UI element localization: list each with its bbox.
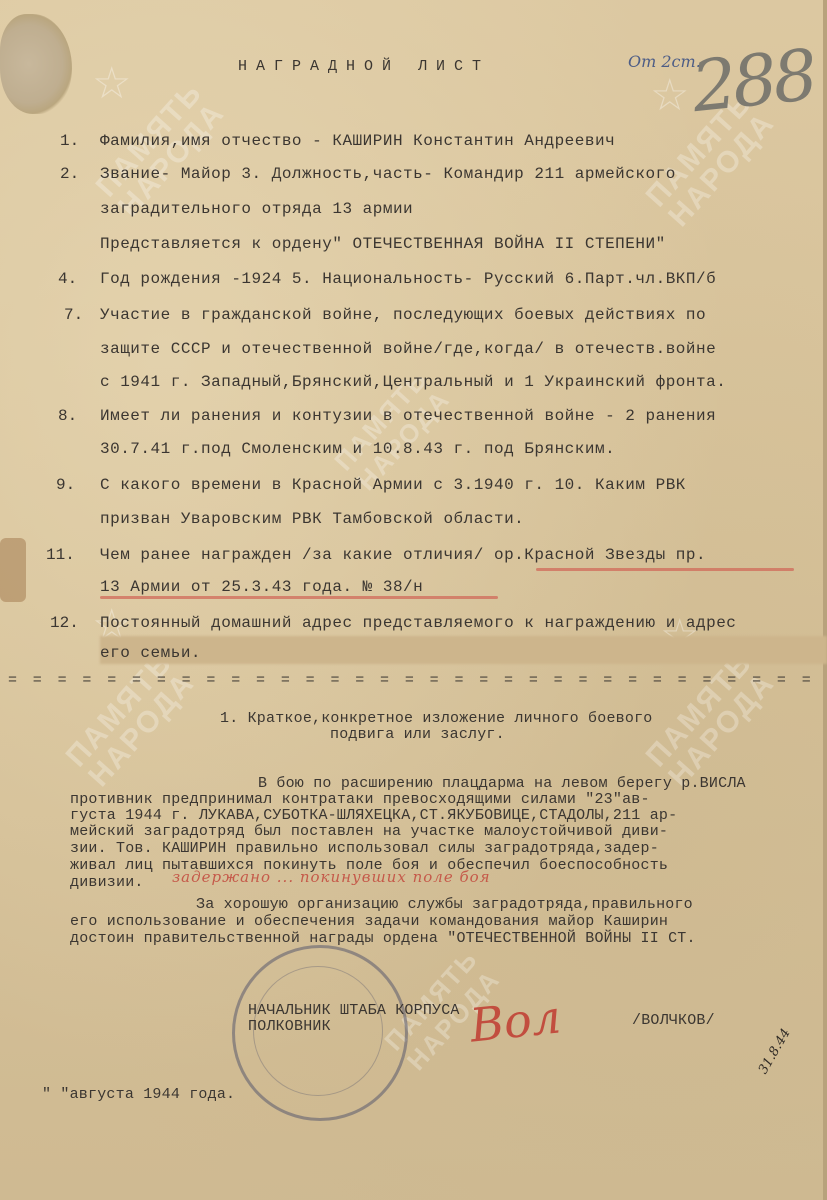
signatory-title: НАЧАЛЬНИК ШТАБА КОРПУСА bbox=[248, 1002, 460, 1019]
field-previous-awards: Чем ранее награжден /за какие отличия/ о… bbox=[100, 546, 706, 564]
conclusion-line: достоин правительственной награды ордена… bbox=[70, 930, 696, 947]
section-heading-cont: подвига или заслуг. bbox=[330, 726, 505, 743]
field-home-address: Постоянный домашний адрес представляемог… bbox=[100, 614, 736, 632]
field-rank-position: Звание- Майор 3. Должность,часть- Команд… bbox=[100, 165, 676, 183]
field-number: 8. bbox=[58, 407, 77, 425]
separator: = = = = = = = = = = = = = = = = = = = = … bbox=[8, 672, 827, 689]
narrative-line: дивизии. bbox=[70, 874, 144, 891]
document-title: НАГРАДНОЙ ЛИСТ bbox=[238, 58, 490, 75]
edge-stain bbox=[0, 538, 26, 602]
field-birth-nationality-party: Год рождения -1924 5. Национальность- Ру… bbox=[100, 270, 716, 288]
conclusion-line: его использование и обеспечения задачи к… bbox=[70, 913, 668, 930]
field-number: 12. bbox=[50, 614, 79, 632]
field-number: 4. bbox=[58, 270, 77, 288]
pencil-number: 288 bbox=[688, 34, 818, 128]
field-unit: заградительного отряда 13 армии bbox=[100, 200, 413, 218]
field-number: 2. bbox=[60, 165, 79, 183]
red-underline bbox=[100, 596, 498, 599]
date-line: " "августа 1944 года. bbox=[42, 1086, 235, 1103]
conclusion-line: За хорошую организацию службы заградотря… bbox=[196, 896, 693, 913]
redacted-address bbox=[100, 636, 827, 664]
field-participation: Участие в гражданской войне, последующих… bbox=[100, 306, 706, 324]
narrative-line: мейский заградотряд был поставлен на уча… bbox=[70, 823, 668, 840]
narrative-line: противник предпринимал контратаки превос… bbox=[70, 791, 650, 808]
signatory-name: /ВОЛЧКОВ/ bbox=[632, 1012, 715, 1029]
narrative-line: густа 1944 г. ЛУКАВА,СУБОТКА-ШЛЯХЕЦКА,СТ… bbox=[70, 807, 677, 824]
paper-edge bbox=[823, 0, 827, 1200]
field-service-start: С какого времени в Красной Армии с 3.194… bbox=[100, 476, 686, 494]
narrative-line: зии. Тов. КАШИРИН правильно использовал … bbox=[70, 840, 659, 857]
signatory-rank: ПОЛКОВНИК bbox=[248, 1018, 331, 1035]
field-previous-awards-cont: 13 Армии от 25.3.43 года. № 38/н bbox=[100, 578, 423, 596]
red-handwritten-annotation: задержано ... покинувших поле боя bbox=[172, 868, 491, 886]
red-underline bbox=[536, 568, 794, 571]
field-number: 7. bbox=[64, 306, 83, 324]
signature: Вол bbox=[467, 989, 563, 1052]
field-number: 11. bbox=[46, 546, 75, 564]
field-wounds-details: 30.7.41 г.под Смоленским и 10.8.43 г. по… bbox=[100, 440, 615, 458]
field-home-address-cont: его семьи. bbox=[100, 644, 201, 662]
field-name: Фамилия,имя отчество - КАШИРИН Константи… bbox=[100, 132, 615, 150]
field-participation-fronts: с 1941 г. Западный,Брянский,Центральный … bbox=[100, 373, 726, 391]
field-number: 9. bbox=[56, 476, 75, 494]
field-wounds: Имеет ли ранения и контузии в отечествен… bbox=[100, 407, 716, 425]
section-heading: 1. Краткое,конкретное изложение личного … bbox=[220, 710, 652, 727]
field-participation-cont: защите СССР и отечественной войне/где,ко… bbox=[100, 340, 716, 358]
field-number: 1. bbox=[60, 132, 79, 150]
field-conscripted-by: призван Уваровским РВК Тамбовской област… bbox=[100, 510, 524, 528]
narrative-line: В бою по расширению плацдарма на левом б… bbox=[258, 775, 746, 792]
field-nominated-award: Представляется к ордену" ОТЕЧЕСТВЕННАЯ В… bbox=[100, 235, 666, 253]
